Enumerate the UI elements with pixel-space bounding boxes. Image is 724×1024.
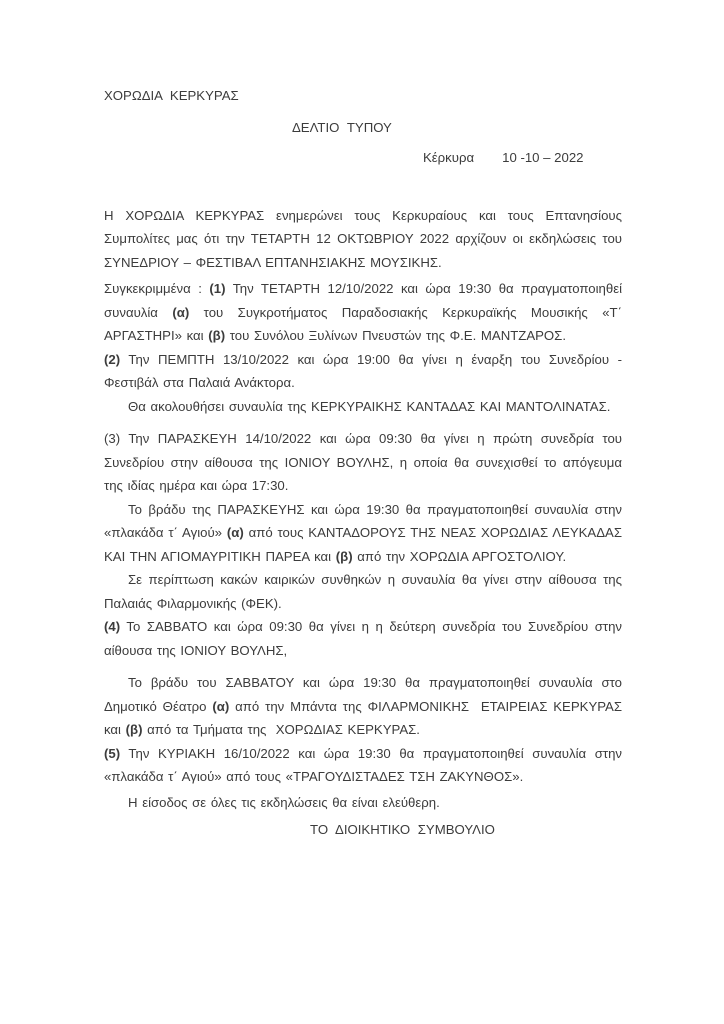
bold-marker: (α): [227, 525, 244, 540]
paragraph: (5) Την ΚΥΡΙΑΚΗ 16/10/2022 και ώρα 19:30…: [104, 742, 622, 789]
paragraph: Η ΧΟΡΩΔΙΑ ΚΕΡΚΥΡΑΣ ενημερώνει τους Κερκυ…: [104, 204, 622, 275]
paragraph: Το βράδυ της ΠΑΡΑΣΚΕΥΗΣ και ώρα 19:30 θα…: [104, 498, 622, 569]
bold-marker: (β): [208, 328, 225, 343]
dateline: Κέρκυρα10 -10 – 2022: [104, 146, 622, 170]
bold-marker: (α): [172, 305, 189, 320]
dateline-place: Κέρκυρα: [423, 150, 474, 165]
paragraph-text: Την ΠΕΜΠΤΗ 13/10/2022 και ώρα 19:00 θα γ…: [104, 352, 627, 391]
paragraph-text: Η είσοδος σε όλες τις εκδηλώσεις θα είνα…: [128, 795, 440, 810]
bold-marker: (β): [126, 722, 143, 737]
paragraph-text: (3) Την ΠΑΡΑΣΚΕΥΗ 14/10/2022 και ώρα 09:…: [104, 431, 627, 493]
signature-line: ΤΟ ΔΙΟΙΚΗΤΙΚΟ ΣΥΜΒΟΥΛΙΟ: [104, 818, 622, 842]
paragraph: Σε περίπτωση κακών καιρικών συνθηκών η σ…: [104, 568, 622, 615]
paragraph: Θα ακολουθήσει συναυλία της ΚΕΡΚΥΡΑΙΚΗΣ …: [104, 395, 622, 419]
paragraph: Συγκεκριμμένα : (1) Την ΤΕΤΑΡΤΗ 12/10/20…: [104, 277, 622, 348]
paragraph: Η είσοδος σε όλες τις εκδηλώσεις θα είνα…: [104, 791, 622, 815]
bold-marker: (α): [212, 699, 229, 714]
paragraph: Το βράδυ του ΣΑΒΒΑΤΟΥ και ώρα 19:30 θα π…: [104, 671, 622, 742]
bold-marker: (5): [104, 746, 120, 761]
press-release-page: ΧΟΡΩΔΙΑ ΚΕΡΚΥΡΑΣ ΔΕΛΤΙΟ ΤΥΠΟΥ Κέρκυρα10 …: [0, 0, 724, 1024]
document-body: Η ΧΟΡΩΔΙΑ ΚΕΡΚΥΡΑΣ ενημερώνει τους Κερκυ…: [104, 204, 622, 815]
paragraph-text: Συγκεκριμμένα :: [104, 281, 209, 296]
paragraph-text: από τα Τμήματα της ΧΟΡΩΔΙΑΣ ΚΕΡΚΥΡΑΣ.: [143, 722, 420, 737]
paragraph-text: Σε περίπτωση κακών καιρικών συνθηκών η σ…: [104, 572, 627, 611]
bold-marker: (2): [104, 352, 120, 367]
document-content: ΧΟΡΩΔΙΑ ΚΕΡΚΥΡΑΣ ΔΕΛΤΙΟ ΤΥΠΟΥ Κέρκυρα10 …: [104, 84, 622, 842]
paragraph-text: Το ΣΑΒΒΑΤΟ και ώρα 09:30 θα γίνει η η δε…: [104, 619, 627, 658]
letterhead: ΧΟΡΩΔΙΑ ΚΕΡΚΥΡΑΣ: [104, 84, 622, 108]
paragraph-text: από την ΧΟΡΩΔΙΑ ΑΡΓΟΣΤΟΛΙΟΥ.: [353, 549, 567, 564]
paragraph: (4) Το ΣΑΒΒΑΤΟ και ώρα 09:30 θα γίνει η …: [104, 615, 622, 662]
bold-marker: (1): [209, 281, 225, 296]
document-title: ΔΕΛΤΙΟ ΤΥΠΟΥ: [104, 116, 622, 140]
dateline-date: 10 -10 – 2022: [502, 150, 583, 165]
paragraph: (3) Την ΠΑΡΑΣΚΕΥΗ 14/10/2022 και ώρα 09:…: [104, 427, 622, 498]
paragraph: (2) Την ΠΕΜΠΤΗ 13/10/2022 και ώρα 19:00 …: [104, 348, 622, 395]
paragraph-text: Θα ακολουθήσει συναυλία της ΚΕΡΚΥΡΑΙΚΗΣ …: [128, 399, 610, 414]
bold-marker: (β): [336, 549, 353, 564]
paragraph-text: του Συνόλου Ξυλίνων Πνευστών της Φ.Ε. ΜΑ…: [225, 328, 566, 343]
paragraph-text: Η ΧΟΡΩΔΙΑ ΚΕΡΚΥΡΑΣ ενημερώνει τους Κερκυ…: [104, 208, 627, 270]
bold-marker: (4): [104, 619, 120, 634]
paragraph-text: Την ΚΥΡΙΑΚΗ 16/10/2022 και ώρα 19:30 θα …: [104, 746, 627, 785]
